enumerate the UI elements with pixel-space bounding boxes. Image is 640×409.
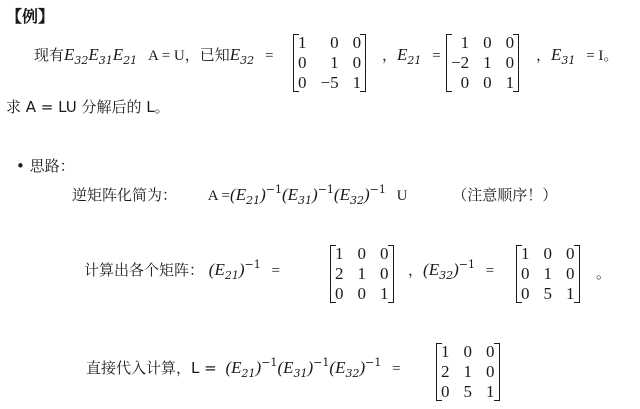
question-text: 求 A = LU 分解后的 L。 xyxy=(6,96,170,117)
order-note: （注意顺序！） xyxy=(452,186,557,204)
approach-heading: • 思路： xyxy=(16,155,75,176)
example-title: 【例】 xyxy=(6,4,54,27)
matrix-e21-inverse: 100 210 001 xyxy=(330,244,394,304)
e31-definition: ，E31 = I。 xyxy=(536,44,618,67)
e32-inverse-label: ，(E32)−1 = xyxy=(408,258,494,282)
matrix-l-result: 100 210 051 xyxy=(436,342,500,402)
step3-line: 直接代入计算，L = (E21)−1(E31)−1(E32)−1 = xyxy=(86,356,401,380)
matrix-e32: 100 010 0−51 xyxy=(293,33,366,93)
step2-end: 。 xyxy=(596,262,611,283)
matrix-e21: 100 −210 001 xyxy=(446,33,519,93)
equation-text: A = U，已知 xyxy=(148,48,230,64)
problem-statement: 现有E32E31E21 A = U，已知E32 = xyxy=(34,44,273,67)
step2-line: 计算出各个矩阵： (E21)−1 = xyxy=(84,258,280,282)
prefix-text: 现有 xyxy=(34,46,64,64)
step1-label: 逆矩阵化简为： xyxy=(72,186,177,204)
e21-definition: ，E21 = xyxy=(382,44,441,67)
bullet-icon: • xyxy=(16,157,25,175)
matrix-e32-inverse: 100 010 051 xyxy=(516,244,580,304)
step1-line: 逆矩阵化简为： A =(E21)−1(E31)−1(E32)−1 U （注意顺序… xyxy=(72,183,557,207)
